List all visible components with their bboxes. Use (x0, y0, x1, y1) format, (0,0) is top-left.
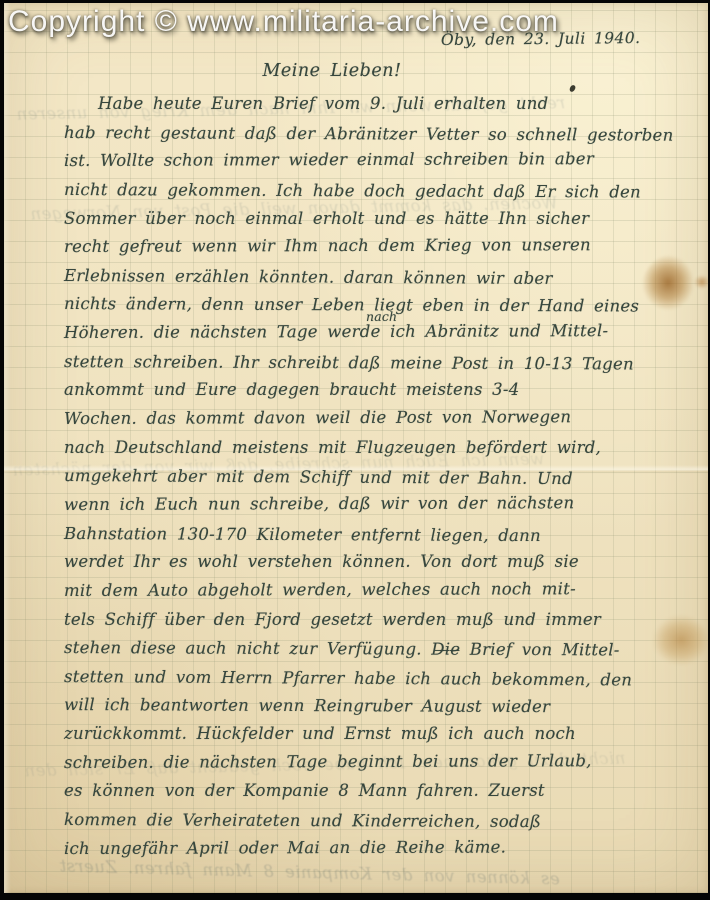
letter-line: zurückkommt. Hückfelder und Ernst muß ic… (64, 724, 680, 753)
letter-line: werdet Ihr es wohl verstehen können. Von… (64, 552, 680, 581)
letter-line: stetten und vom Herrn Pfarrer habe ich a… (64, 667, 680, 699)
letter-line: ist. Wollte schon immer wieder einmal sc… (64, 149, 680, 180)
letter-line: Habe heute Euren Brief vom 9. Juli erhal… (64, 94, 680, 123)
letter-line: will ich beantworten wenn Reingruber Aug… (64, 695, 680, 726)
letter-line: nicht dazu gekommen. Ich habe doch gedac… (64, 180, 680, 211)
inserted-word: nach (366, 309, 397, 324)
letter-line: Höheren. die nächsten Tage werde ich Abr… (64, 321, 680, 352)
ink-stain (694, 275, 708, 289)
letter-line: wenn ich Euch nun schreibe, daß wir von … (64, 493, 680, 524)
letter-line: stetten schreiben. Ihr schreibt daß mein… (64, 352, 680, 383)
letter-line: es können von der Kompanie 8 Mann fahren… (64, 781, 680, 810)
letter-line: ankommt und Eure dagegen braucht meisten… (64, 380, 680, 409)
letter-line: Erlebnissen erzählen könnten. daran könn… (64, 266, 680, 298)
letter-line-text: Höheren. die nächsten Tage werde ich Abr… (64, 321, 608, 342)
ink-speck (569, 84, 576, 92)
letter-line: schreiben. die nächsten Tage beginnt bei… (64, 751, 680, 782)
letter-line: mit dem Auto abgeholt werden, welches au… (64, 579, 680, 610)
letter-body: Habe heute Euren Brief vom 9. Juli erhal… (64, 94, 680, 867)
letter-line: Sommer über noch einmal erholt und es hä… (64, 209, 680, 238)
letter-line: Bahnstation 130-170 Kilometer entfernt l… (64, 524, 680, 555)
letter-line: tels Schiff über den Fjord gesetzt werde… (64, 610, 680, 639)
salutation: Meine Lieben! (4, 61, 660, 81)
letter-line: stehen diese auch nicht zur Verfügung. D… (64, 638, 680, 669)
copyright-watermark: Copyright © www.militaria-archive.com (8, 5, 559, 39)
letter-line: ich ungefähr April oder Mai an die Reihe… (64, 837, 680, 868)
letter-paper: recht gefreut wenn wir Ihm nach dem Krie… (4, 3, 708, 893)
paper-edge-highlight (4, 3, 11, 893)
letter-line: Wochen. das kommt davon weil die Post vo… (64, 407, 680, 438)
letter-line: nach Deutschland meistens mit Flugzeugen… (64, 438, 680, 467)
letter-line: recht gefreut wenn wir Ihm nach dem Krie… (64, 235, 680, 266)
scanned-letter-photo: recht gefreut wenn wir Ihm nach dem Krie… (0, 0, 710, 900)
